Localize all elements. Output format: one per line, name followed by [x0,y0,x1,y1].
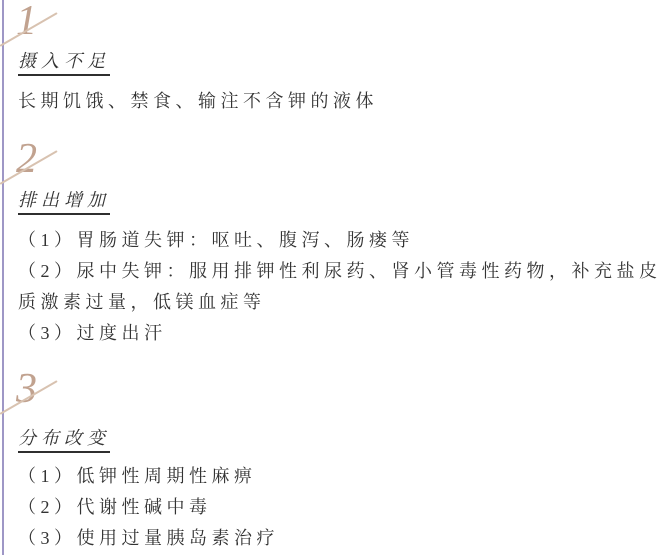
section-3-heading: 分布改变 [18,427,110,453]
document-page: 1 摄入不足 长期饥饿、禁食、输注不含钾的液体 2 排出增加 （1）胃肠道失钾：… [0,0,670,555]
section-3-number-block: 3 [0,367,80,431]
section-1-body: 长期饥饿、禁食、输注不含钾的液体 [18,86,666,117]
big-numeral-2: 2 [16,137,37,181]
body-line: （2）尿中失钾：服用排钾性利尿药、肾小管毒性药物，补充盐皮质激素过量，低镁血症等 [18,256,666,318]
section-2-body: （1）胃肠道失钾：呕吐、腹泻、肠瘘等 （2）尿中失钾：服用排钾性利尿药、肾小管毒… [18,225,666,349]
section-2-heading: 排出增加 [18,189,110,215]
body-line: （1）胃肠道失钾：呕吐、腹泻、肠瘘等 [18,225,666,256]
big-numeral-3: 3 [16,367,37,411]
body-line: （3）过度出汗 [18,318,666,349]
big-numeral-1: 1 [16,0,37,43]
body-line: （1）低钾性周期性麻痹 [18,461,666,492]
section-3-body: （1）低钾性周期性麻痹 （2）代谢性碱中毒 （3）使用过量胰岛素治疗 [18,461,666,554]
section-1-heading: 摄入不足 [18,50,110,76]
body-line: 长期饥饿、禁食、输注不含钾的液体 [18,86,666,117]
left-border-line [2,0,4,555]
body-line: （3）使用过量胰岛素治疗 [18,523,666,554]
body-line: （2）代谢性碱中毒 [18,492,666,523]
